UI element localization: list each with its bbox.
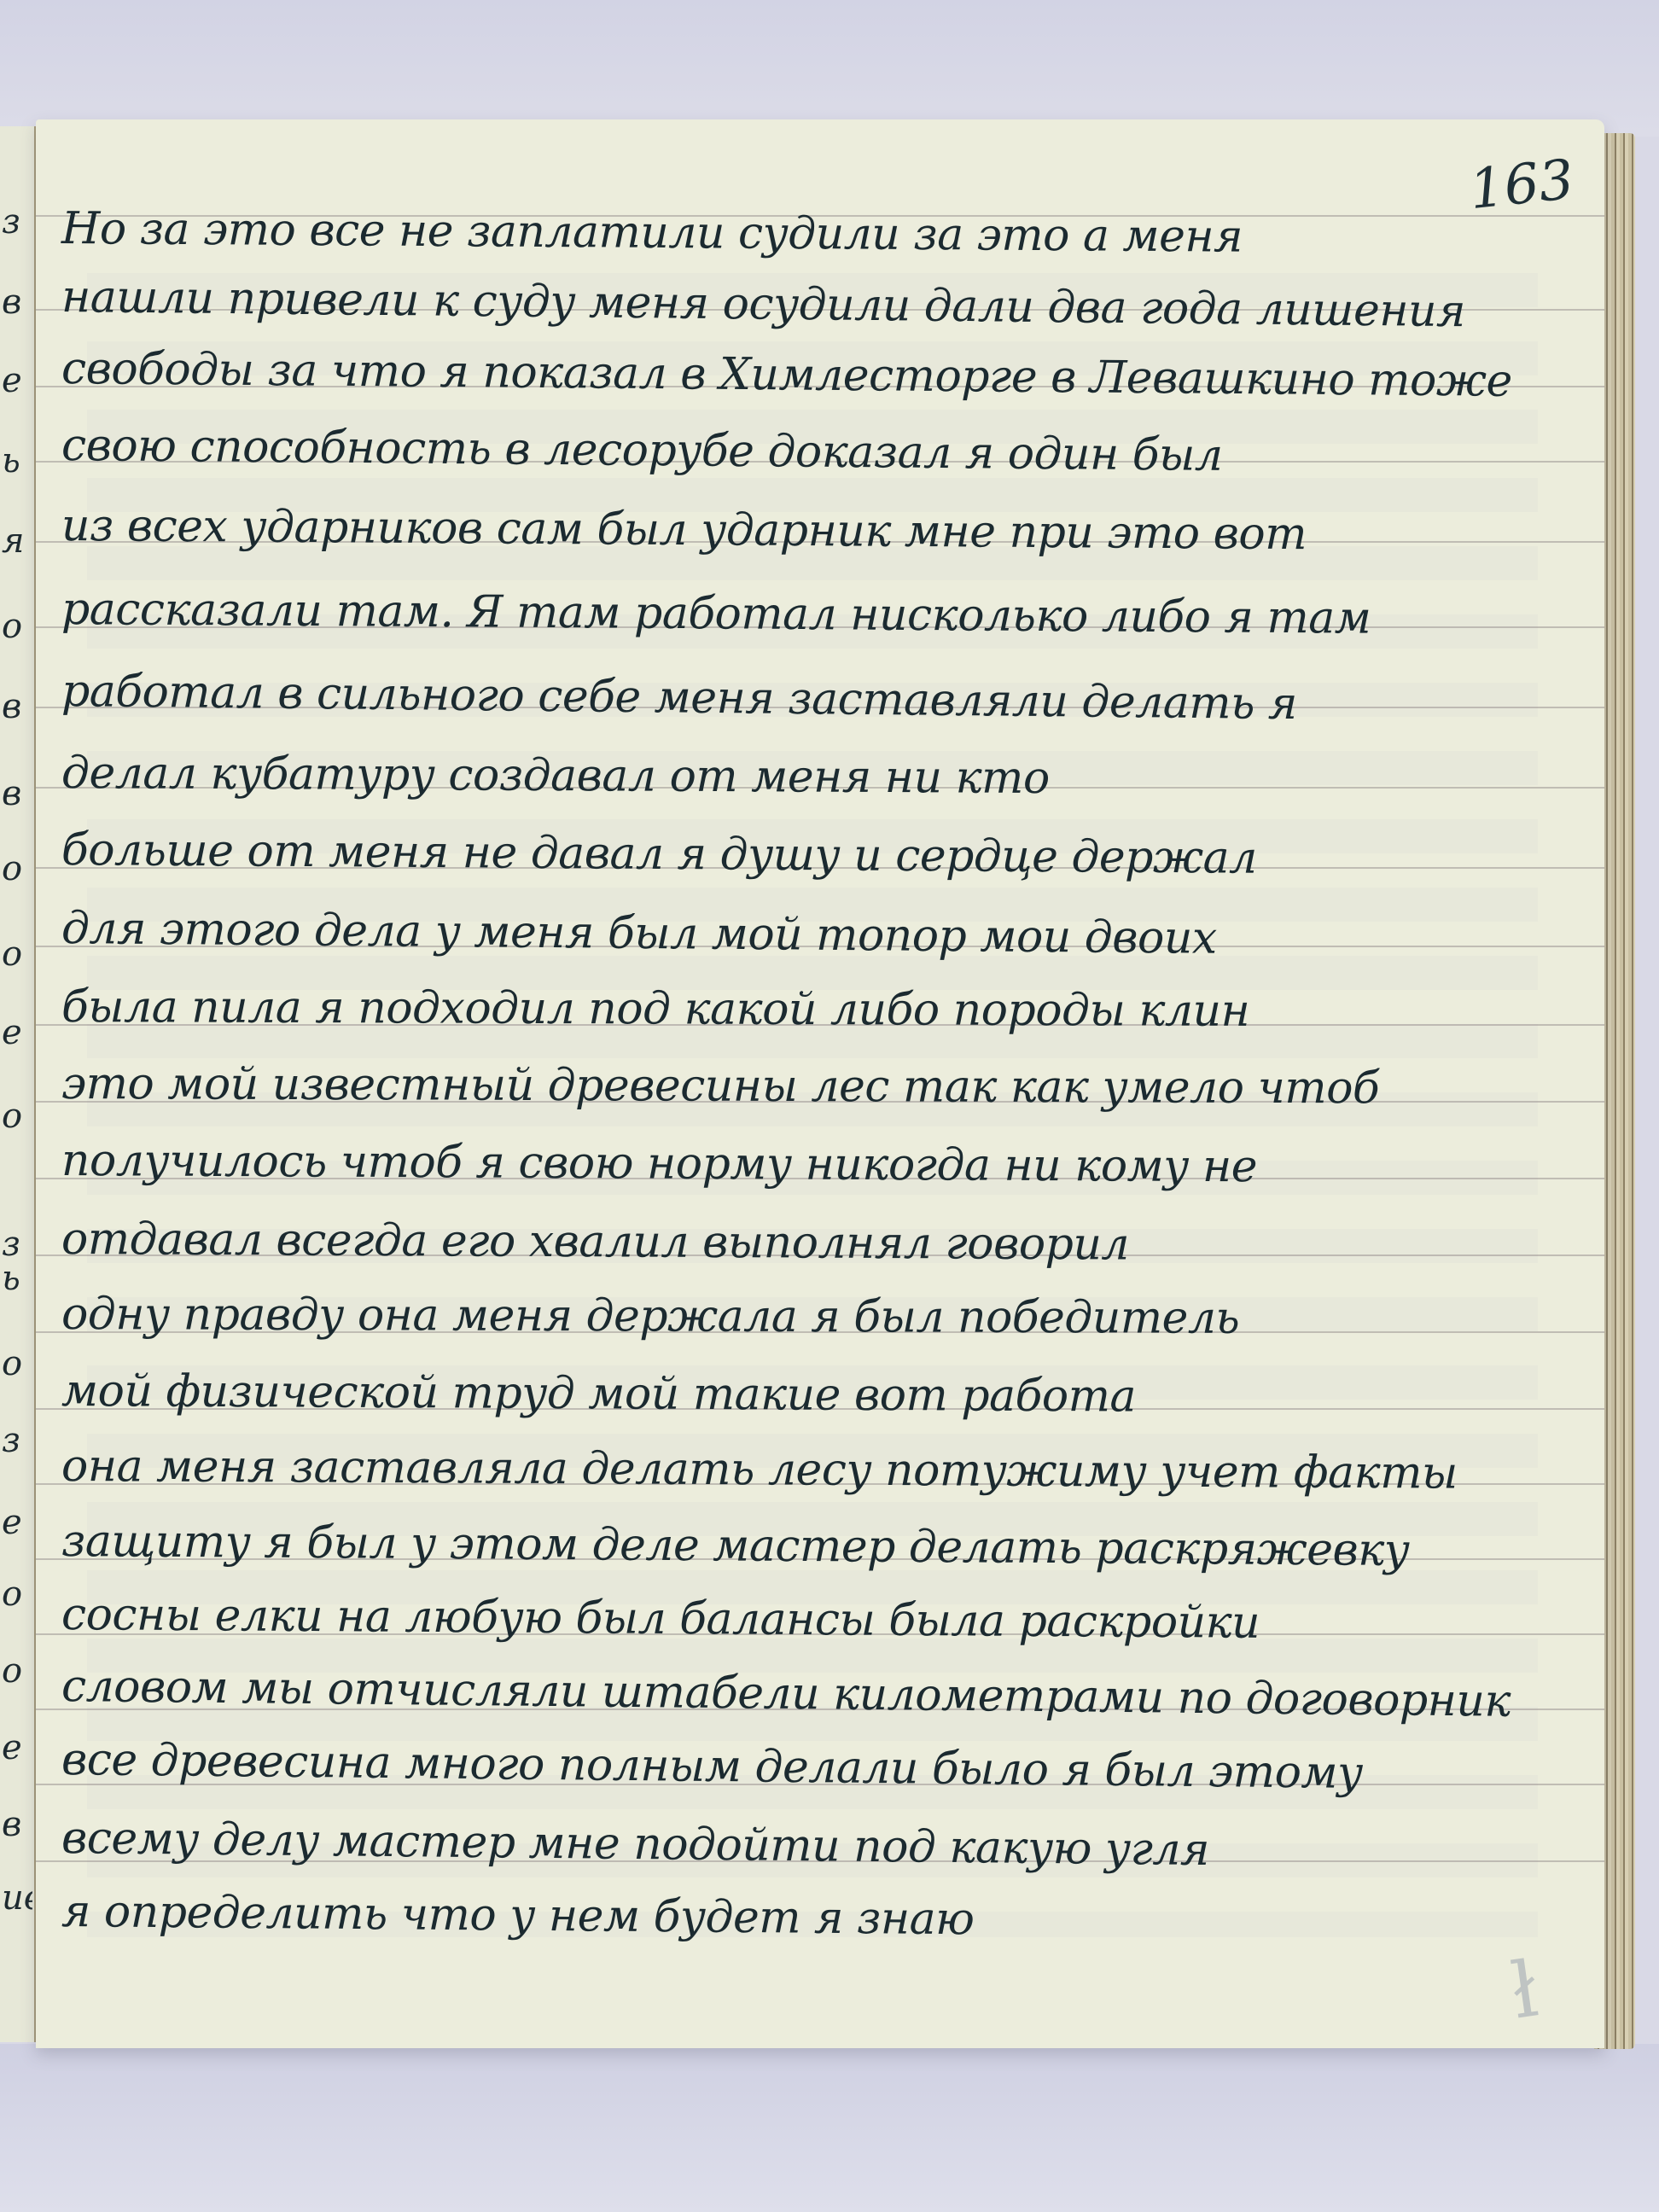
text-line: это мой известный древесины лес так как … xyxy=(61,1058,1379,1114)
text-line: нашли привели к суду меня осудили дали д… xyxy=(61,271,1466,337)
facing-line-fragment: е xyxy=(2,364,32,398)
facing-line-fragment: з xyxy=(2,205,32,239)
text-line: всему делу мастер мне подойти под какую … xyxy=(61,1813,1210,1876)
text-line: словом мы отчисляли штабели километрами … xyxy=(61,1661,1511,1727)
text-line: делал кубатуру создавал от меня ни кто xyxy=(61,748,1050,804)
text-line: отдавал всегда его хвалил выполнял говор… xyxy=(61,1214,1129,1271)
facing-page-edge: з в е ь я о в в о о е о з ь о з е о о е … xyxy=(0,126,36,2042)
text-line: я определить что у нем будет я знаю xyxy=(61,1886,975,1945)
facing-line-fragment: з xyxy=(2,1227,32,1261)
text-line: сосны елки на любую был балансы была рас… xyxy=(61,1589,1260,1649)
facing-line-fragment: ь xyxy=(2,444,32,478)
text-line: мой физической труд мой такие вот работа xyxy=(61,1365,1136,1423)
text-line: свободы за что я показал в Химлесторге в… xyxy=(61,343,1512,407)
text-line: защиту я был у этом деле мастер делать р… xyxy=(61,1516,1410,1576)
facing-line-fragment: в xyxy=(2,1807,32,1842)
text-line: одну правду она меня держала я был побед… xyxy=(61,1289,1240,1344)
facing-line-fragment: в xyxy=(2,777,32,811)
bleed-through-mark: ł xyxy=(1506,1944,1544,2036)
facing-line-fragment: о xyxy=(2,1654,32,1688)
facing-line-fragment: е xyxy=(2,1016,32,1050)
facing-line-fragment: е xyxy=(2,1731,32,1765)
facing-line-fragment: я xyxy=(2,524,32,558)
text-line: она меня заставляла делать лесу потужиму… xyxy=(61,1441,1458,1499)
text-line: больше от меня не давал я душу и сердце … xyxy=(61,824,1257,884)
facing-line-fragment: ь xyxy=(2,1261,32,1295)
text-line: Но за это все не заплатили судили за это… xyxy=(61,203,1243,263)
text-line: работал в сильного себе меня заставляли … xyxy=(61,666,1298,730)
page-number: 163 xyxy=(1466,148,1576,222)
background-surface-top xyxy=(0,0,1659,137)
facing-line-fragment: в xyxy=(2,285,32,319)
text-line: получилось чтоб я свою норму никогда ни … xyxy=(61,1135,1257,1192)
facing-line-fragment: о xyxy=(2,1099,32,1133)
facing-line-fragment: ие xyxy=(2,1881,32,1915)
facing-line-fragment: о xyxy=(2,1577,32,1611)
facing-line-fragment: о xyxy=(2,609,32,643)
facing-line-fragment: о xyxy=(2,1347,32,1381)
facing-line-fragment: о xyxy=(2,852,32,886)
text-line: из всех ударников сам был ударник мне пр… xyxy=(61,500,1307,560)
background-surface-bottom xyxy=(0,2044,1659,2212)
facing-line-fragment: в xyxy=(2,690,32,724)
facing-line-fragment: з xyxy=(2,1423,32,1458)
notebook-page: 163 Но за это все не заплатили судили за… xyxy=(36,119,1604,2048)
text-line: рассказали там. Я там работал нисколько … xyxy=(61,584,1371,644)
text-line: для этого дела у меня был мой топор мои … xyxy=(61,903,1217,964)
facing-line-fragment: е xyxy=(2,1505,32,1540)
text-line: все древесина много полным делали было я… xyxy=(61,1734,1363,1799)
text-line: была пила я подходил под какой либо поро… xyxy=(61,981,1250,1037)
facing-line-fragment: о xyxy=(2,937,32,971)
text-line: свою способность в лесорубе доказал я од… xyxy=(61,420,1223,481)
